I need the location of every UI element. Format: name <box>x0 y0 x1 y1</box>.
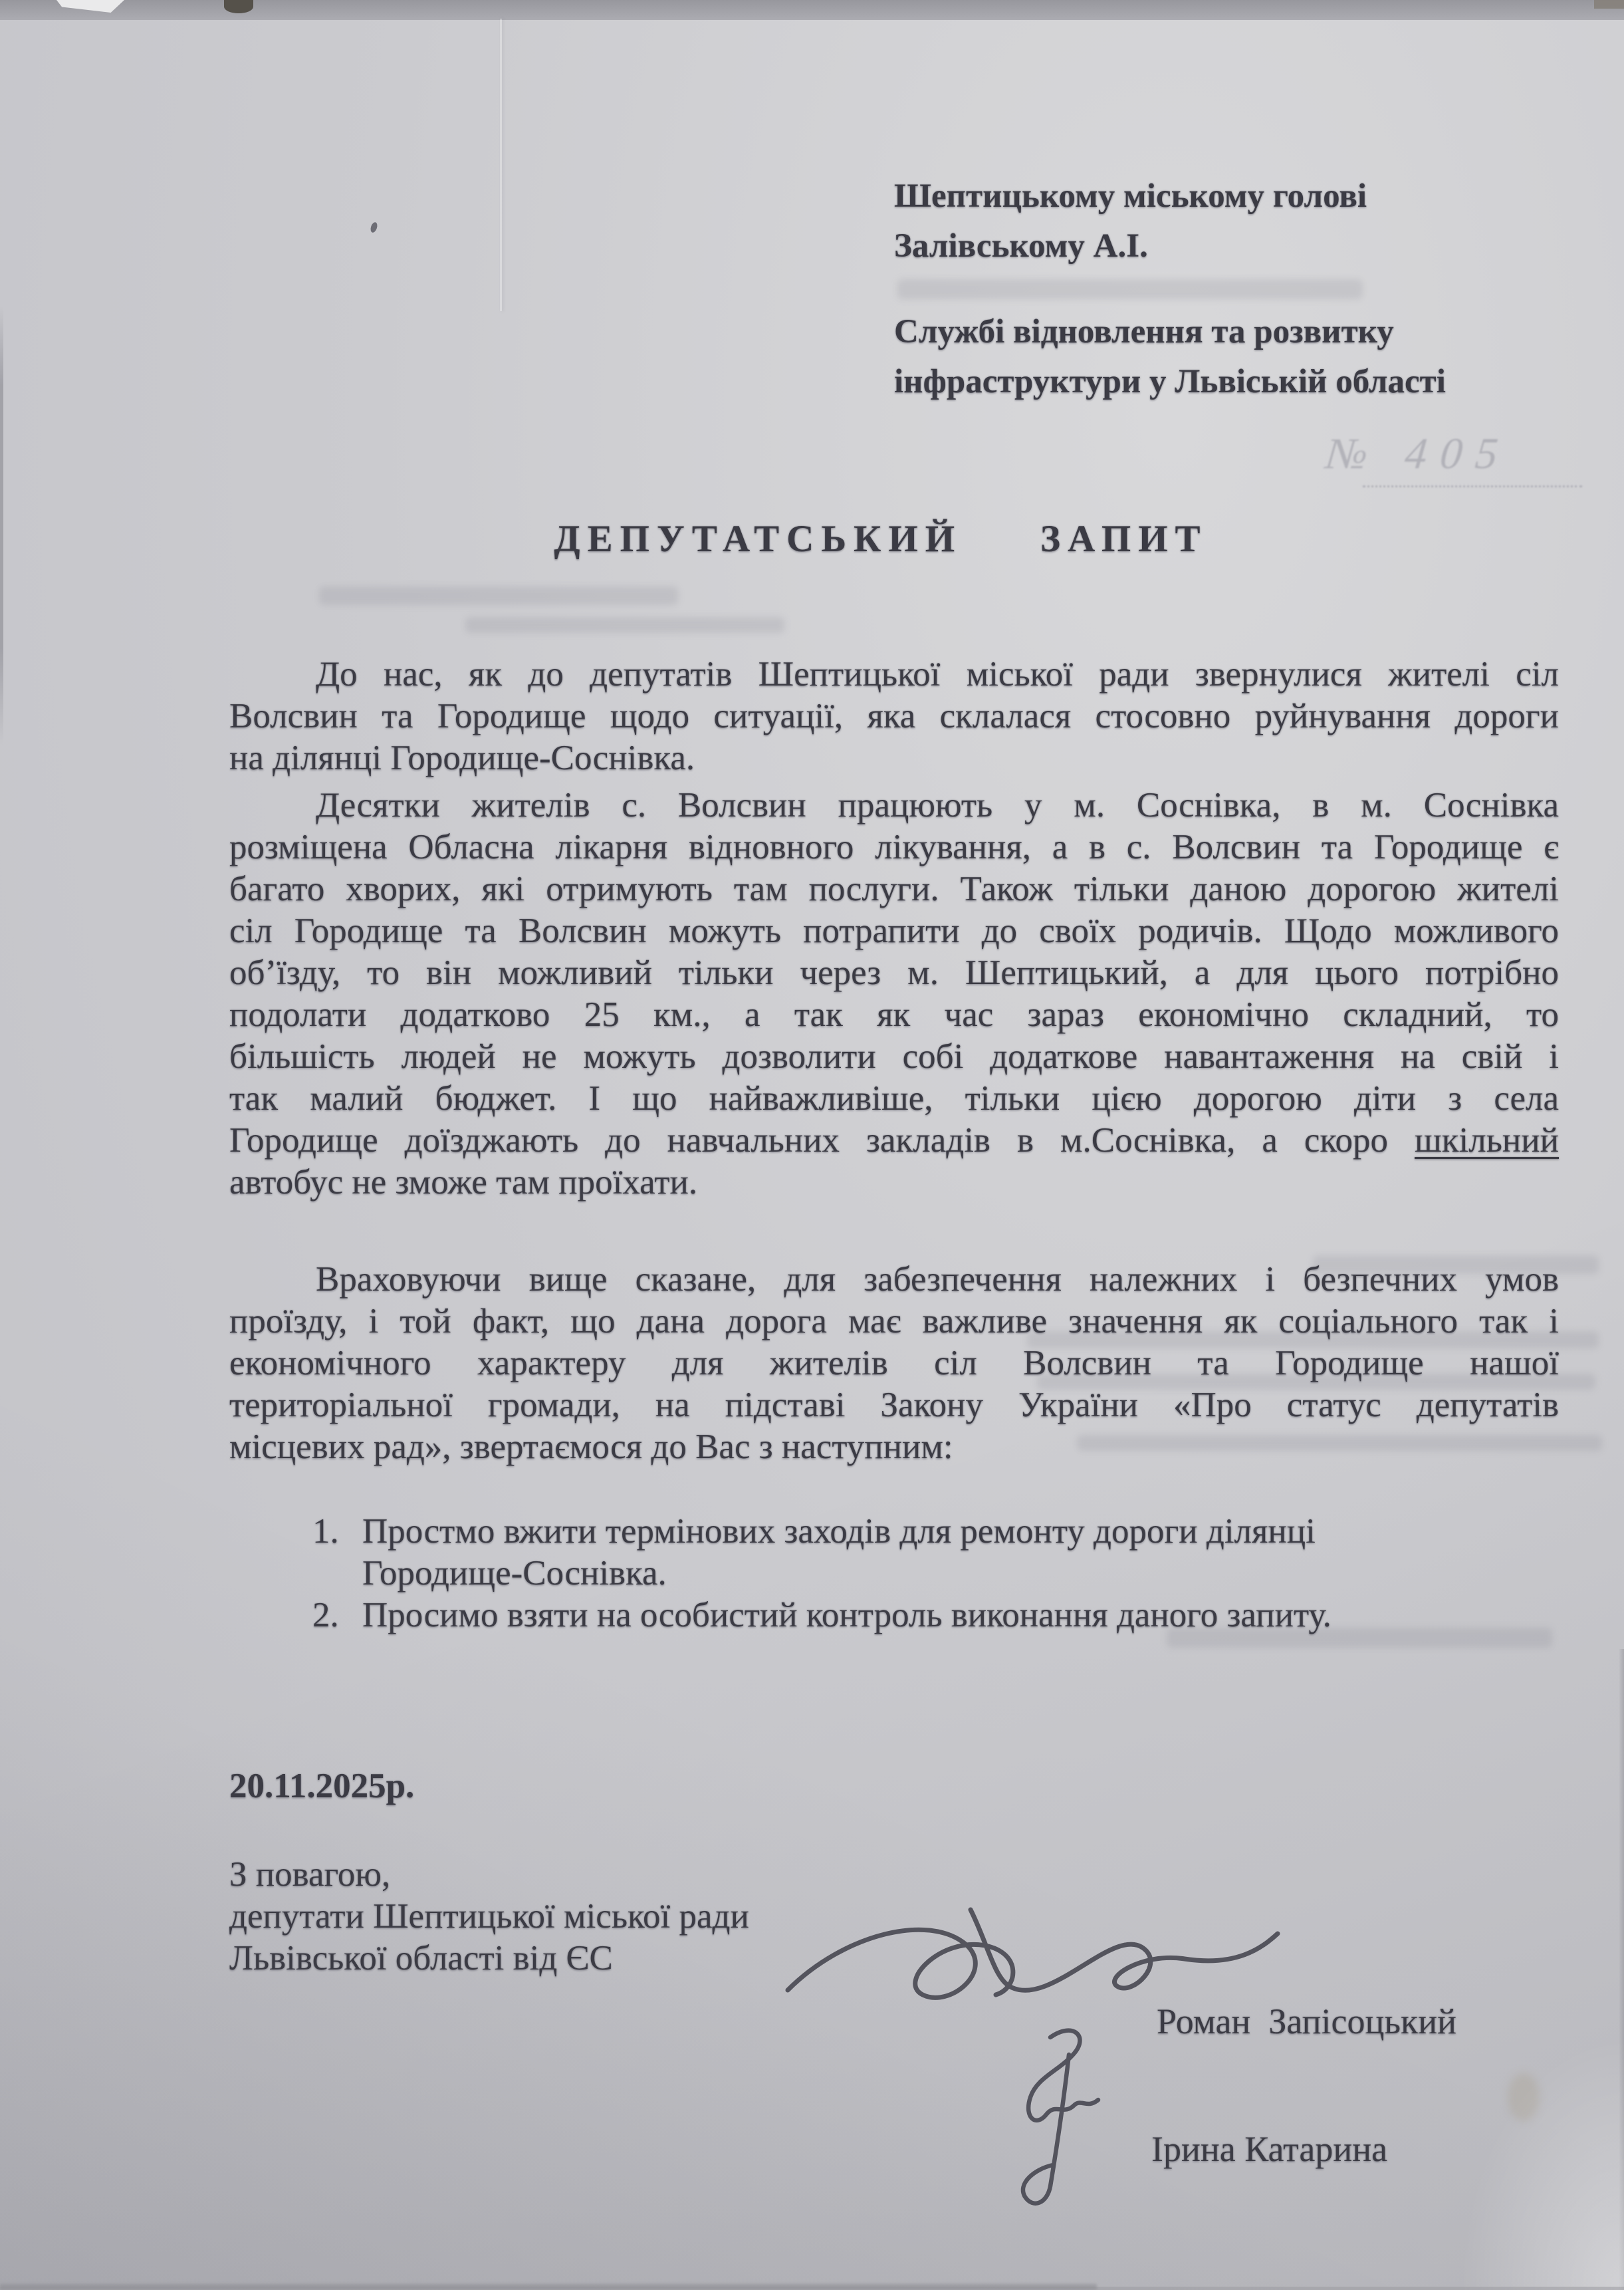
addressee-line: Залівському А.І. <box>894 221 1367 271</box>
document-line: Волсвин та Городище щодо ситуації, яка с… <box>229 696 1559 737</box>
bleed-through-artifact <box>897 279 1363 299</box>
document-line: автобус не зможе там проїхати. <box>229 1162 1559 1204</box>
paper-crease <box>500 19 502 311</box>
addressee-line: інфраструктури у Львіській області <box>894 357 1446 407</box>
binder-clip-mark <box>224 0 253 13</box>
scanner-edge-mark <box>1594 0 1624 9</box>
document-line: Просимо взяти на особистий контроль вико… <box>362 1594 1452 1636</box>
paragraph-2: Десятки жителів с. Волсвин працюють у м.… <box>229 785 1559 1204</box>
signature-iryna <box>912 2016 1158 2209</box>
title-word: ДЕПУТАТСЬКИЙ <box>554 517 962 561</box>
underlined-word: шкільний <box>1415 1121 1559 1160</box>
document-line: Враховуючи вище сказане, для забезпеченн… <box>229 1259 1559 1301</box>
list-item-number: 2. <box>312 1594 339 1636</box>
addressee-block: Шептицькому міському голові Залівському … <box>894 172 1367 271</box>
document-line: на ділянці Городище-Соснівка. <box>229 737 1559 779</box>
document-line: подолати додатково 25 км., а так як час … <box>229 994 1559 1036</box>
document-line: економічного характеру для жителів сіл В… <box>229 1342 1559 1384</box>
document-line: проїзду, і той факт, що дана дорога має … <box>229 1301 1559 1342</box>
closing-line: З повагою, <box>229 1854 749 1896</box>
document-line: так малий бюджет. І що найважливіше, тіл… <box>229 1078 1559 1120</box>
page-corner-fold <box>1438 2004 1624 2290</box>
signatory-name: Ірина Катарина <box>1151 2129 1387 2169</box>
paragraph-1: До нас, як до депутатів Шептицької міськ… <box>229 654 1559 779</box>
document-date: 20.11.2025р. <box>229 1766 414 1806</box>
document-line: розміщена Обласна лікарня відновного лік… <box>229 827 1559 868</box>
bleed-registration-number: № 405 <box>1324 429 1514 479</box>
document-title: ДЕПУТАТСЬКИЙ ЗАПИТ <box>229 517 1532 561</box>
document-line: місцевих рад», звертаємося до Вас з наст… <box>229 1426 1559 1468</box>
line-text: Городище доїзджають до навчальних заклад… <box>229 1121 1415 1160</box>
document-line: багато хворих, які отримують там послуги… <box>229 868 1559 910</box>
addressee-line: Службі відновлення та розвитку <box>894 307 1446 357</box>
page-left-shadow <box>0 306 3 745</box>
signature-roman <box>771 1887 1290 2020</box>
list-item: 1. Простмо вжити термінових заходів для … <box>229 1511 1559 1594</box>
page-bottom-shadow <box>0 2284 1097 2290</box>
bleed-through-artifact <box>465 617 784 633</box>
paper-speck <box>370 221 379 233</box>
document-line: об’їзду, то він можливий тільки через м.… <box>229 952 1559 994</box>
title-word: ЗАПИТ <box>1040 517 1208 561</box>
document-line: Простмо вжити термінових заходів для рем… <box>362 1511 1452 1553</box>
addressee-line: Шептицькому міському голові <box>894 172 1367 221</box>
document-line: Десятки жителів с. Волсвин працюють у м.… <box>229 785 1559 827</box>
signatory-name: Роман Запісоцький <box>1157 2001 1456 2041</box>
closing-block: З повагою, депутати Шептицької міської р… <box>229 1854 749 1979</box>
bleed-through-artifact <box>319 586 678 605</box>
list-item: 2. Просимо взяти на особистий контроль в… <box>229 1594 1559 1636</box>
document-line: територіальної громади, на підставі Зако… <box>229 1384 1559 1426</box>
request-list: 1. Простмо вжити термінових заходів для … <box>229 1511 1559 1636</box>
paragraph-3: Враховуючи вище сказане, для забезпеченн… <box>229 1259 1559 1468</box>
addressee-service-block: Службі відновлення та розвитку інфрастру… <box>894 307 1446 407</box>
closing-line: депутати Шептицької міської ради <box>229 1896 749 1938</box>
scanned-document-page: № 405 Шептицькому міському голові Залівс… <box>0 0 1624 2290</box>
bleed-dotted-line <box>1363 485 1582 487</box>
document-line: Городище доїзджають до навчальних заклад… <box>229 1120 1559 1162</box>
list-item-number: 1. <box>312 1511 339 1553</box>
document-line: До нас, як до депутатів Шептицької міськ… <box>229 654 1559 696</box>
document-line: сіл Городище та Волсвин можуть потрапити… <box>229 910 1559 952</box>
document-line: Городище-Соснівка. <box>362 1553 1452 1594</box>
document-line: більшість людей не можуть дозволити собі… <box>229 1036 1559 1078</box>
closing-line: Львівської області від ЄС <box>229 1938 749 1979</box>
